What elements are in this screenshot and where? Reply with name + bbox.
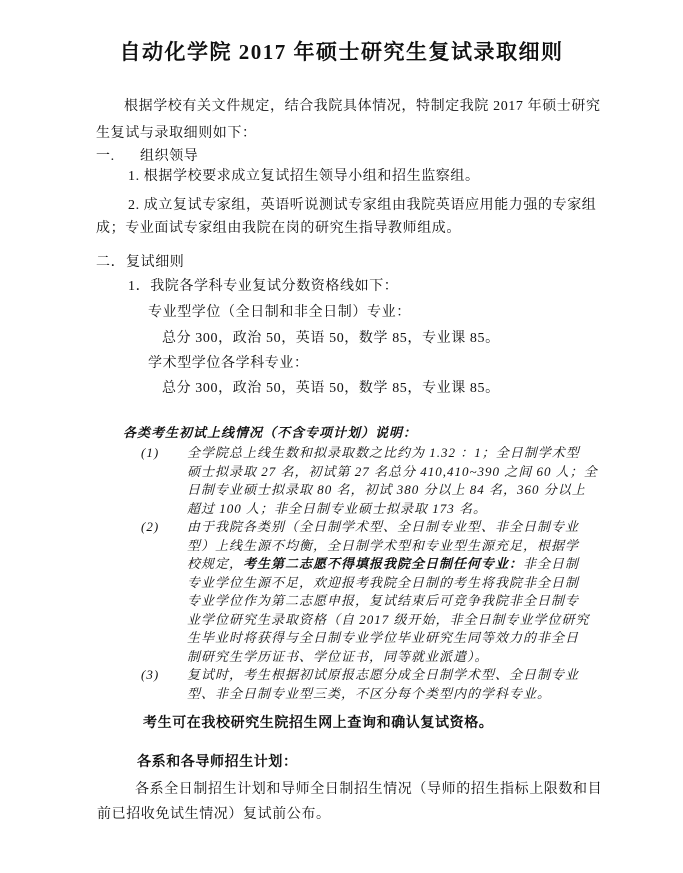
note-item3-line1: 复试时，考生根据初试原报志愿分成全日制学术型、全日制专业 xyxy=(187,666,579,683)
note-item1-line1: 全学院总上线生数和拟录取数之比约为 1.32 ：1；全日制学术型 xyxy=(187,444,580,461)
note-item2-line2: 型）上线生源不均衡，全日制学术型和专业型生源充足，根据学 xyxy=(187,537,579,554)
note-header: 各类考生初试上线情况（不含专项计划）说明： xyxy=(123,424,417,441)
section1-number: 一. xyxy=(96,148,140,166)
enrollment-plan-heading: 各系和各导师招生计划： xyxy=(137,754,298,772)
note-item2-line3-prefix: 校规定， xyxy=(187,556,243,571)
academic-degree-scores: 总分 300，政治 50，英语 50，数学 85，专业课 85。 xyxy=(162,380,500,398)
intro-line-1: 根据学校有关文件规定，结合我院具体情况，特制定我院 2017 年硕士研究 xyxy=(124,98,601,116)
section1-heading: 一.组织领导 xyxy=(96,148,198,166)
section2-heading: 二．复试细则 xyxy=(96,254,184,272)
section1-heading-label: 组织领导 xyxy=(140,149,198,164)
doc-title: 自动化学院 2017 年硕士研究生复试录取细则 xyxy=(0,36,683,66)
section1-item2-line1: 2. 成立复试专家组，英语听说测试专家组由我院英语应用能力强的专家组 xyxy=(128,197,596,215)
section1-item1: 1. 根据学校要求成立复试招生领导小组和招生监察组。 xyxy=(128,168,480,186)
professional-degree-label: 专业型学位（全日制和非全日制）专业： xyxy=(148,304,411,322)
note-item2-line4: 专业学位生源不足，欢迎报考我院全日制的考生将我院非全日制 xyxy=(187,574,579,591)
note-item2-line3-bold: 考生第二志愿不得填报我院全日制任何专业： xyxy=(243,556,523,571)
section2-heading-label: 复试细则 xyxy=(126,255,184,270)
note-item1-number: (1) xyxy=(141,444,159,461)
note-item2-line8: 制研究生学历证书、学位证书，同等就业派遣）。 xyxy=(187,648,489,665)
note-item2-line3: 校规定，考生第二志愿不得填报我院全日制任何专业：非全日制 xyxy=(187,555,579,572)
note-item2-line6: 业学位研究生录取资格（自 2017 级开始，非全日制专业学位研究 xyxy=(187,611,590,628)
section2-number: 二． xyxy=(96,254,126,272)
note-item2-line3-suffix: 非全日制 xyxy=(523,556,579,571)
note-item2-line5: 专业学位作为第二志愿申报，复试结束后可竞争我院非全日制专 xyxy=(187,592,579,609)
note-item2-line1: 由于我院各类别（全日制学术型、全日制专业型、非全日制专业 xyxy=(187,518,579,535)
document-page: 自动化学院 2017 年硕士研究生复试录取细则 根据学校有关文件规定，结合我院具… xyxy=(0,0,683,873)
professional-degree-scores: 总分 300，政治 50，英语 50，数学 85，专业课 85。 xyxy=(162,330,500,348)
academic-degree-label: 学术型学位各学科专业： xyxy=(148,355,309,373)
note-item2-number: (2) xyxy=(141,518,159,535)
note-item2-line7: 生毕业时将获得与全日制专业学位毕业研究生同等效力的非全日 xyxy=(187,629,579,646)
enrollment-plan-line2: 前已招收免试生情况）复试前公布。 xyxy=(97,806,331,824)
intro-line-2: 生复试与录取细则如下： xyxy=(96,125,257,143)
note-item3-number: (3) xyxy=(141,666,159,683)
note-item1-line2: 硕士拟录取 27 名，初试第 27 名总分 410,410~390 之间 60 … xyxy=(187,463,598,480)
section2-item1: 1．我院各学科专业复试分数资格线如下： xyxy=(128,278,398,296)
note-item1-line4: 超过 100 人；非全日制专业硕士拟录取 173 名。 xyxy=(187,500,487,517)
confirm-qualification-line: 考生可在我校研究生院招生网上查询和确认复试资格。 xyxy=(143,715,493,733)
note-item3-line2: 型、非全日制专业型三类，不区分每个类型内的学科专业。 xyxy=(187,685,551,702)
enrollment-plan-line1: 各系全日制招生计划和导师全日制招生情况（导师的招生指标上限数和目 xyxy=(135,781,602,799)
note-item1-line3: 日制专业硕士拟录取 80 名，初试 380 分以上 84 名，360 分以上 xyxy=(187,481,586,498)
section1-item2-line2: 成；专业面试专家组由我院在岗的研究生指导教师组成。 xyxy=(96,220,461,238)
